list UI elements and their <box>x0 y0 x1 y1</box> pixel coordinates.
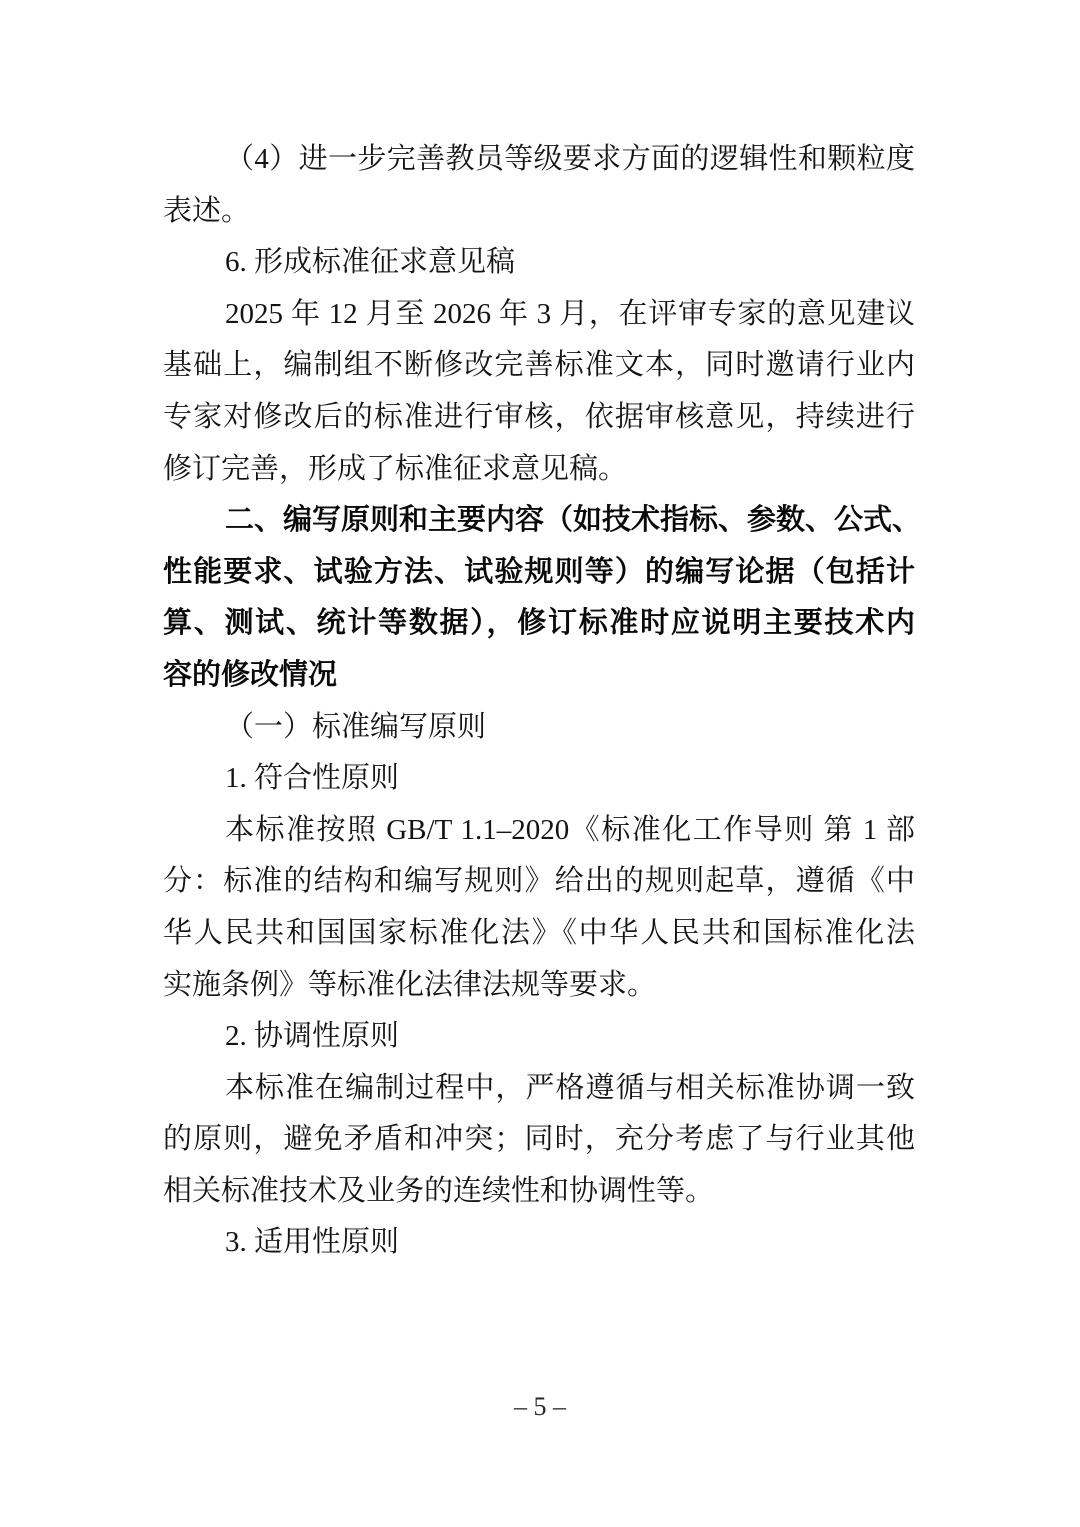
document-body: （4）进一步完善教员等级要求方面的逻辑性和颗粒度表述。6. 形成标准征求意见稿2… <box>163 134 915 1269</box>
text-line: 基础上，编制组不断修改完善标准文本，同时邀请行业内 <box>163 340 915 392</box>
heading-line: 性能要求、试验方法、试验规则等）的编写论据（包括计 <box>163 547 915 599</box>
text-line: 修订完善，形成了标准征求意见稿。 <box>163 444 915 496</box>
text-line: 实施条例》等标准化法律法规等要求。 <box>163 960 915 1012</box>
text-line: 1. 符合性原则 <box>163 753 915 805</box>
text-line: （一）标准编写原则 <box>163 702 915 754</box>
text-line: 的原则，避免矛盾和冲突；同时，充分考虑了与行业其他 <box>163 1114 915 1166</box>
text-line: 2. 协调性原则 <box>163 1011 915 1063</box>
document-page: （4）进一步完善教员等级要求方面的逻辑性和颗粒度表述。6. 形成标准征求意见稿2… <box>0 0 1080 1527</box>
text-line: 本标准按照 GB/T 1.1–2020《标准化工作导则 第 1 部 <box>163 805 915 857</box>
text-line: （4）进一步完善教员等级要求方面的逻辑性和颗粒度 <box>163 134 915 186</box>
text-line: 相关标准技术及业务的连续性和协调性等。 <box>163 1166 915 1218</box>
text-line: 3. 适用性原则 <box>163 1217 915 1269</box>
text-line: 6. 形成标准征求意见稿 <box>163 237 915 289</box>
text-line: 分：标准的结构和编写规则》给出的规则起草，遵循《中 <box>163 856 915 908</box>
heading-line: 算、测试、统计等数据），修订标准时应说明主要技术内 <box>163 598 915 650</box>
text-line: 本标准在编制过程中，严格遵循与相关标准协调一致 <box>163 1063 915 1115</box>
heading-line: 二、编写原则和主要内容（如技术指标、参数、公式、 <box>163 495 915 547</box>
text-line: 表述。 <box>163 186 915 238</box>
page-number: – 5 – <box>0 1390 1080 1424</box>
heading-line: 容的修改情况 <box>163 650 915 702</box>
text-line: 2025 年 12 月至 2026 年 3 月，在评审专家的意见建议 <box>163 289 915 341</box>
text-line: 华人民共和国国家标准化法》《中华人民共和国标准化法 <box>163 908 915 960</box>
text-line: 专家对修改后的标准进行审核，依据审核意见，持续进行 <box>163 392 915 444</box>
